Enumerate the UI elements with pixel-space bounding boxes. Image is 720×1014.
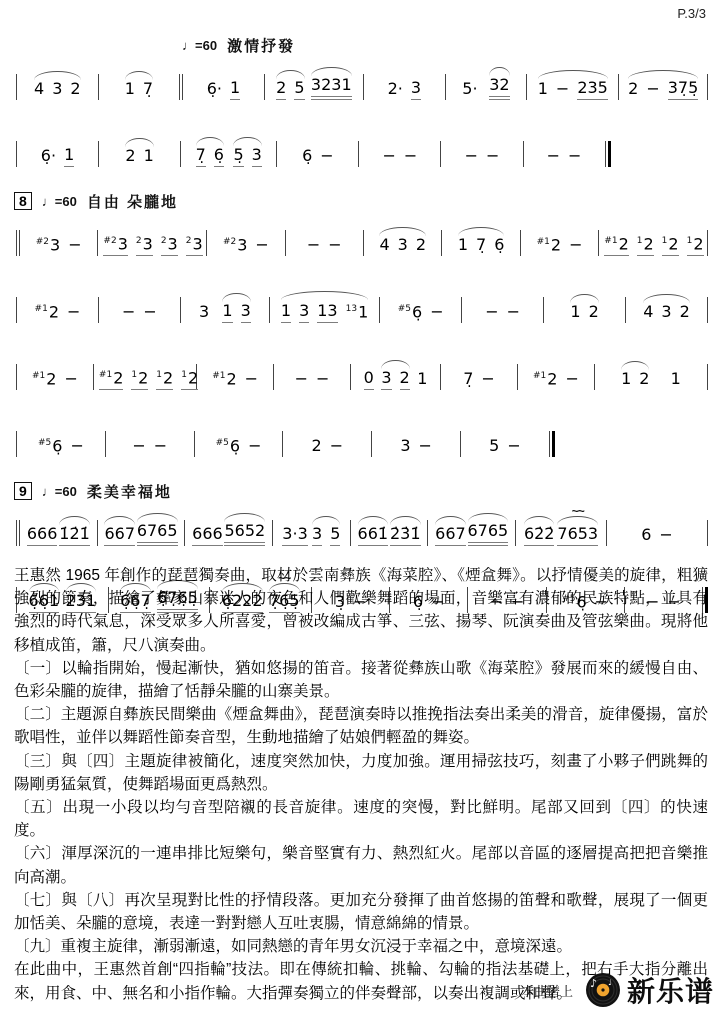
note: 1	[417, 370, 427, 390]
note: −	[68, 236, 81, 256]
note: 5·	[462, 80, 477, 100]
note: 2	[680, 303, 690, 323]
grace-note: #1	[32, 371, 45, 381]
barline	[14, 230, 22, 256]
barline-stroke	[264, 74, 265, 100]
note: 3	[400, 437, 410, 457]
note: 131	[346, 300, 369, 323]
note-group: 6̣−	[302, 147, 334, 167]
note: −	[646, 80, 659, 100]
measure: 432	[628, 303, 705, 323]
barline-stroke	[707, 230, 708, 256]
note: 3	[661, 303, 671, 323]
note-group: #12−	[32, 367, 78, 390]
note: 2	[416, 236, 426, 256]
note-group: 7̣−	[463, 370, 495, 390]
grace-note: #2	[223, 237, 236, 247]
measure: #12121212	[96, 366, 194, 390]
note: #56̣	[216, 434, 240, 457]
note: 1	[281, 302, 291, 323]
barline-stroke	[363, 74, 364, 100]
note-paragraph: 〔二〕主題源自彝族民間樂曲《煙盒舞曲》，琵琶演奏時以推挽指法奏出柔美的滑音，旋律…	[14, 703, 708, 749]
note-group: #12−	[35, 300, 81, 323]
slur-group: 12	[621, 370, 649, 390]
note: 2	[276, 79, 286, 100]
note-group: 3−	[400, 437, 432, 457]
expression-marking: 柔美幸福地	[87, 481, 172, 502]
note: 1	[125, 80, 135, 100]
note: −	[565, 370, 578, 390]
svg-text:♩: ♩	[608, 978, 612, 987]
note: 1	[222, 302, 232, 323]
measure: 12	[546, 303, 623, 323]
note-group: 666	[192, 525, 223, 546]
measure: 121	[597, 370, 705, 390]
section-number: 9	[14, 482, 32, 500]
measure: 6̣·1	[185, 79, 262, 100]
barline-stroke	[16, 230, 17, 256]
barline-stroke	[269, 297, 270, 323]
note: 2	[125, 147, 135, 167]
measure: 6676765	[430, 522, 513, 546]
grace-note: #2	[36, 237, 49, 247]
note: −	[295, 370, 308, 390]
measure: #23232323	[100, 232, 204, 256]
measure: −−	[108, 437, 192, 457]
slur-group: ~~7653	[557, 525, 598, 546]
slur-group: 17̣	[125, 80, 153, 100]
grace-note: 1	[156, 370, 162, 380]
measure: 6661̇2̇1̇	[22, 525, 95, 546]
barline-stroke	[707, 520, 708, 546]
note-group: 0	[364, 369, 374, 390]
barline-stroke	[350, 520, 351, 546]
slur-group: 12	[570, 303, 598, 323]
note: 667	[104, 525, 135, 546]
note-group: −−	[307, 236, 342, 256]
note: 62̇2̇	[524, 525, 555, 546]
note: −	[330, 437, 343, 457]
note-paragraph: 〔五〕出現一小段以均勻音型陪襯的長音旋律。速度的突慢，對比鮮明。尾部又回到〔四〕…	[14, 796, 708, 842]
note: 6̣	[214, 146, 224, 167]
grace-note: #1	[604, 236, 617, 246]
note: −	[507, 303, 520, 323]
grace-note: #1	[212, 371, 225, 381]
staff-line: 6̣·1217̣6̣5̣36̣−−−−−−−	[14, 123, 613, 167]
note: #12	[537, 233, 561, 256]
note: #56̣	[38, 434, 62, 457]
grace-note: 1	[181, 370, 187, 380]
note: 12	[662, 232, 679, 256]
note: 6765	[468, 522, 509, 546]
note-group: −−	[122, 303, 157, 323]
note: 3	[241, 302, 251, 323]
note-group: #23−	[36, 233, 82, 256]
staff-line: #12−−−3131313131#56̣−−−12432	[14, 279, 710, 323]
staff-line: #56̣−−−#56̣−2−3−5−	[14, 413, 557, 457]
slur-group: 661̇	[358, 525, 389, 546]
note: 1	[570, 303, 580, 323]
measure: #12−	[19, 300, 96, 323]
note: 2	[589, 303, 599, 323]
barline-stroke	[272, 520, 273, 546]
slur-group: 21	[125, 147, 153, 167]
barline-stroke	[97, 230, 98, 256]
slur-group: 1313131	[281, 300, 368, 323]
note: 3	[381, 369, 391, 390]
barline-stroke	[16, 297, 17, 323]
barline-stroke	[707, 364, 708, 390]
measure: 5·32	[448, 76, 525, 100]
note: 1	[144, 147, 154, 167]
barline	[705, 364, 710, 390]
section-header: 8♩=60自由 朵朧地	[14, 190, 710, 212]
note: −	[547, 147, 560, 167]
note: #56̣	[398, 300, 422, 323]
measure: 1−235	[529, 79, 616, 100]
slur-group: 2̇3̇1̇	[390, 525, 421, 546]
barline	[705, 230, 710, 256]
barline-stroke	[180, 297, 181, 323]
expression-marking: 自由 朵朧地	[87, 191, 178, 212]
measure: 21	[101, 147, 178, 167]
note-group: −−	[485, 303, 520, 323]
grace-note: 1	[687, 236, 693, 246]
score-line: ♩=60激情抒發43217̣6̣·12532312·35·321−2352−37…	[14, 34, 710, 100]
note: 4	[379, 236, 389, 256]
note: −	[419, 437, 432, 457]
note-group: 1	[417, 370, 427, 390]
barline-stroke	[19, 230, 20, 256]
slur-group: 2−37̣5̣	[628, 79, 698, 100]
note: 0	[364, 369, 374, 390]
barline-stroke	[16, 364, 17, 390]
note: −	[132, 437, 145, 457]
barline-stroke	[194, 431, 195, 457]
measure: #56̣−	[197, 434, 281, 457]
note: 1	[538, 80, 548, 100]
note-group: #12121212	[604, 232, 703, 256]
measure: #12−	[19, 367, 91, 390]
grace-note: 2	[161, 236, 167, 246]
grace-note: 1	[662, 236, 668, 246]
slur-group: 3231	[311, 76, 352, 100]
grace-note: #5	[38, 438, 51, 448]
measure: 6665652	[187, 522, 270, 546]
note: −	[316, 370, 329, 390]
barline-stroke	[618, 74, 619, 100]
note: 3	[411, 79, 421, 100]
barline-stroke	[16, 520, 17, 546]
note: −	[255, 236, 268, 256]
barline-stroke	[520, 230, 521, 256]
note-group: −−	[132, 437, 167, 457]
score-line: #12−−−3131313131#56̣−−−12432	[14, 279, 710, 323]
barline-stroke	[182, 74, 183, 100]
barline	[705, 74, 710, 100]
footer-watermark: 本曲谱上 ♪ ♩ 新乐谱	[521, 970, 714, 1010]
staff-line: 43217̣6̣·12532312·35·321−2352−37̣5̣	[14, 56, 710, 100]
slur-group: 1−235	[538, 79, 608, 100]
slur-group: 5̣3	[233, 146, 261, 167]
grace-note: 2	[136, 236, 142, 246]
note: 2	[312, 437, 322, 457]
note-group: −−	[295, 370, 330, 390]
note: 12	[687, 232, 704, 256]
slur-group: 432	[379, 236, 426, 256]
barline-stroke	[543, 297, 544, 323]
note: 2	[639, 370, 649, 390]
note: 1	[621, 370, 631, 390]
note: −	[383, 147, 396, 167]
measure: −−	[101, 303, 178, 323]
note: −	[248, 437, 261, 457]
note-group: 2−	[312, 437, 344, 457]
note: −	[465, 147, 478, 167]
note: 1	[64, 146, 74, 167]
note: 5	[330, 525, 340, 546]
staff-line: #12−#12121212#12−−−03217̣−#12−121	[14, 346, 710, 390]
score-line: 6̣·1217̣6̣5̣36̣−−−−−−−	[14, 123, 710, 167]
barline-stroke	[19, 520, 20, 546]
slur-group: 1̇2̇1̇	[59, 525, 90, 546]
tempo-marking: ♩=60	[42, 484, 77, 499]
section-header: 9♩=60柔美幸福地	[14, 480, 710, 502]
note: 12	[637, 232, 654, 256]
barline-stroke	[517, 364, 518, 390]
note: 3	[398, 236, 408, 256]
measure: #12−	[523, 233, 596, 256]
measure: #56̣−	[19, 434, 103, 457]
note-group: #56̣−	[38, 434, 84, 457]
barline-stroke	[515, 520, 516, 546]
note-group: #12121212	[99, 366, 198, 390]
note: −	[122, 303, 135, 323]
note: 7̣	[463, 370, 473, 390]
note: 7653	[557, 525, 598, 546]
section-number: 8	[14, 192, 32, 210]
slur-group: 5652	[224, 522, 265, 546]
note: 3	[252, 146, 262, 167]
slur-group: 32	[489, 76, 509, 100]
note: 2·	[388, 80, 403, 100]
measure: 661̇2̇3̇1̇	[353, 525, 426, 546]
note: −	[320, 147, 333, 167]
barline-stroke	[273, 364, 274, 390]
barline-stroke	[606, 520, 607, 546]
measure: #23−	[209, 233, 282, 256]
note: 6̣·	[41, 147, 56, 167]
measure: −−	[276, 370, 348, 390]
barline	[177, 74, 185, 100]
note: −	[404, 147, 417, 167]
measure: #56̣−	[382, 300, 459, 323]
slur-group: 432	[34, 80, 81, 100]
note: −	[659, 526, 672, 546]
measure: 2·3	[366, 79, 443, 100]
note: 2	[70, 80, 80, 100]
measure: −−	[361, 147, 438, 167]
note: −	[67, 303, 80, 323]
barline-stroke	[441, 230, 442, 256]
note: #12	[604, 232, 628, 256]
barline-stroke	[461, 297, 462, 323]
note-group: 6̣·1	[207, 79, 240, 100]
grace-note: #1	[99, 370, 112, 380]
tempo-marking: ♩=60	[182, 38, 217, 53]
barline-stroke	[526, 74, 527, 100]
slur-group: 6765	[468, 522, 509, 546]
measure: 0321	[353, 369, 438, 390]
note: #23	[103, 232, 127, 256]
barline-stroke	[598, 230, 599, 256]
slur-group: 35	[312, 525, 340, 546]
note: 5	[489, 437, 499, 457]
barline-stroke	[605, 141, 606, 167]
grace-note: #5	[398, 304, 411, 314]
note: −	[568, 147, 581, 167]
slur-group: 13	[222, 302, 250, 323]
measure: 62̇2̇~~7653	[518, 525, 604, 546]
barline-stroke	[440, 141, 441, 167]
note: 2̇3̇1̇	[390, 525, 421, 546]
measure: 253231	[267, 76, 361, 100]
barline-stroke	[350, 364, 351, 390]
expression-marking: 激情抒發	[227, 35, 295, 56]
slur-group: 17̣6̣	[458, 236, 505, 256]
score: ♩=60激情抒發43217̣6̣·12532312·35·321−2352−37…	[14, 34, 710, 636]
barline-stroke	[16, 141, 17, 167]
measure: 7̣6̣5̣3	[183, 146, 274, 167]
barline-stroke	[97, 520, 98, 546]
note: 37̣5̣	[668, 79, 699, 100]
note-group: −−	[383, 147, 418, 167]
measure: 3−	[374, 437, 458, 457]
measure: #23−	[22, 233, 95, 256]
measure: 17̣6̣	[444, 236, 517, 256]
note: #12	[212, 367, 236, 390]
note: 2	[628, 80, 638, 100]
note: 6̣	[302, 147, 312, 167]
note-group: #23232323	[103, 232, 202, 256]
note: 3	[199, 303, 209, 323]
brand-name: 新乐谱	[627, 970, 714, 1010]
measure: 432	[366, 236, 439, 256]
note: 3	[312, 525, 322, 546]
barline-stroke	[285, 230, 286, 256]
note-group: 5−	[489, 437, 521, 457]
slur-group: 667	[104, 525, 135, 546]
slur-group: 6765	[137, 522, 178, 546]
measure: 6676765	[100, 522, 183, 546]
note: −	[481, 370, 494, 390]
barline-stroke	[358, 141, 359, 167]
note: 7̣	[196, 146, 206, 167]
measure: 5−	[463, 437, 547, 457]
slur-group: 62̇2̇	[524, 525, 555, 546]
note-group: −−	[547, 147, 582, 167]
note: 7̣	[143, 80, 153, 100]
slur-group: 7̣6̣	[196, 146, 224, 167]
barline-stroke	[276, 141, 277, 167]
brand-logo: ♪ ♩ 新乐谱	[585, 970, 714, 1010]
note: −	[143, 303, 156, 323]
note: 2	[400, 369, 410, 390]
note: 1	[458, 236, 468, 256]
note: 12	[131, 366, 148, 390]
staff-line: 6661̇2̇1̇667676566656523·335661̇2̇3̇1̇66…	[14, 502, 710, 546]
grace-note: 1	[131, 370, 137, 380]
barline	[14, 520, 22, 546]
barline	[603, 141, 613, 167]
note: −	[307, 236, 320, 256]
section-header: ♩=60激情抒發	[182, 34, 710, 56]
measure: 313	[183, 302, 267, 323]
grace-note: #1	[533, 371, 546, 381]
note-group: #56̣−	[398, 300, 444, 323]
barline-stroke	[440, 364, 441, 390]
score-line: #12−#12121212#12−−−03217̣−#12−121	[14, 346, 710, 390]
barline-stroke	[105, 431, 106, 457]
slur-group: 432	[643, 303, 690, 323]
score-line: 9♩=60柔美幸福地6661̇2̇1̇667676566656523·33566…	[14, 480, 710, 546]
measure: 17̣	[101, 80, 178, 100]
grace-note: 1	[637, 236, 643, 246]
note-group: 5·	[462, 80, 477, 100]
note: 23	[136, 232, 153, 256]
measure: −−	[288, 236, 361, 256]
note: 6	[641, 526, 651, 546]
staff-line: #23−#23232323#23−−−43217̣6̣#12−#12121212	[14, 212, 710, 256]
score-line: 8♩=60自由 朵朧地#23−#23232323#23−−−43217̣6̣#1…	[14, 190, 710, 256]
note: 32	[489, 76, 509, 100]
measure: 2−	[285, 437, 369, 457]
note: 7̣	[476, 236, 486, 256]
page-number: P.3/3	[677, 6, 706, 21]
note-group: #23−	[223, 233, 269, 256]
note: 666	[27, 525, 58, 546]
note-paragraph: 〔三〕與〔四〕主題旋律被簡化，速度突然加快，力度加強。運用掃弦技巧，刻畫了小夥子…	[14, 750, 708, 796]
measure: #12−	[520, 367, 592, 390]
barline-stroke	[427, 520, 428, 546]
note: 5652	[224, 522, 265, 546]
note: 12	[181, 366, 198, 390]
note-group: 666	[27, 525, 58, 546]
mordent-ornament: ~~	[572, 504, 584, 518]
measure: −−	[526, 147, 603, 167]
note: 3·3	[282, 525, 307, 546]
note: −	[485, 303, 498, 323]
note: #12	[32, 367, 56, 390]
note: 3	[52, 80, 62, 100]
barline	[705, 297, 710, 323]
note: 6̣·	[207, 80, 222, 100]
note: −	[70, 437, 83, 457]
note: 661̇	[358, 525, 389, 546]
note: −	[154, 437, 167, 457]
measure: 7̣−	[443, 370, 515, 390]
barline-stroke	[523, 141, 524, 167]
barline	[705, 520, 710, 546]
note: 6765	[137, 522, 178, 546]
note: 235	[577, 79, 608, 100]
note: −	[507, 437, 520, 457]
vinyl-record-icon: ♪ ♩	[585, 972, 621, 1008]
barline-stroke	[625, 297, 626, 323]
measure: 2−37̣5̣	[621, 79, 705, 100]
barline-stroke	[98, 74, 99, 100]
note: −	[64, 370, 77, 390]
